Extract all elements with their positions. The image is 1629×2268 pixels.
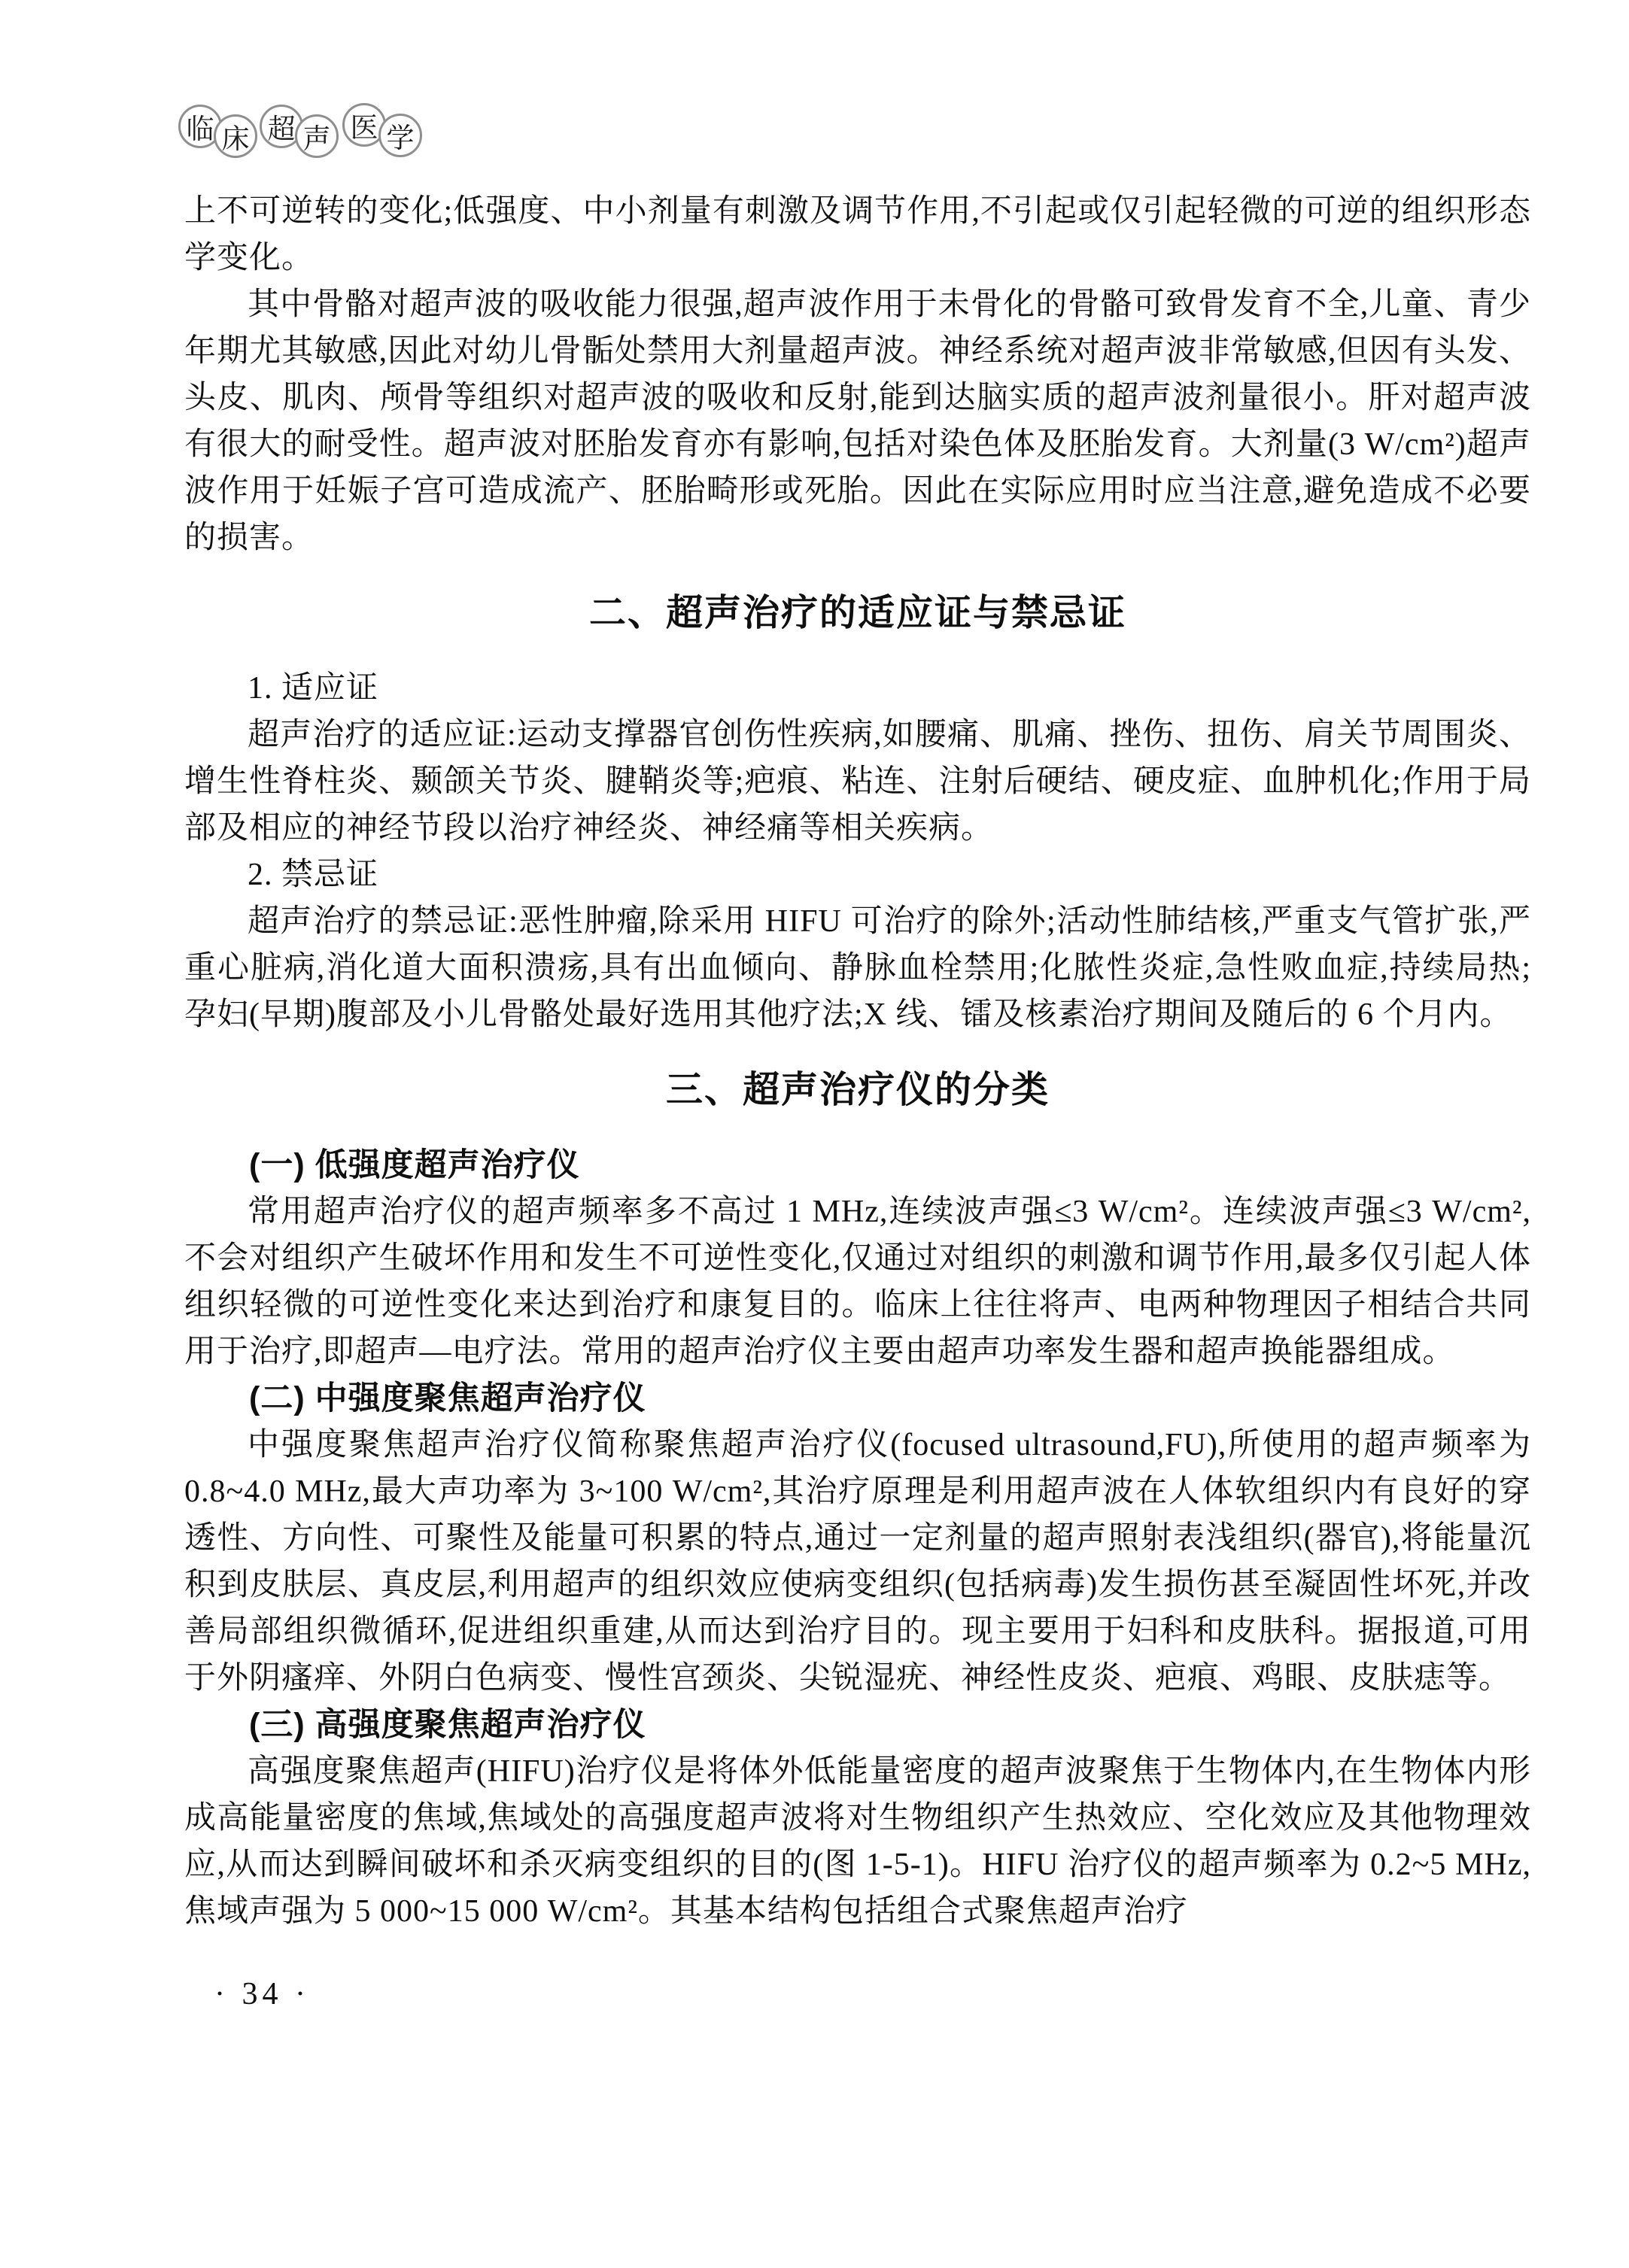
logo-char: 声 <box>303 116 331 156</box>
subheading-medium-intensity-focused-device: (二) 中强度聚焦超声治疗仪 <box>184 1375 1531 1422</box>
paragraph: 常用超声治疗仪的超声频率多不高过 1 MHz,连续波声强≤3 W/cm²。连续波… <box>184 1189 1531 1375</box>
logo-char: 超 <box>268 106 296 147</box>
logo-char-circle: 床 <box>214 114 257 158</box>
subheading-contraindications: 2. 禁忌证 <box>184 852 1531 898</box>
paragraph-continued: 上不可逆转的变化;低强度、中小剂量有刺激及调节作用,不引起或仅引起轻微的可逆的组… <box>184 188 1531 281</box>
logo-char-circle: 学 <box>378 114 422 157</box>
paragraph: 超声治疗的适应证:运动支撑器官创伤性疾病,如腰痛、肌痛、挫伤、扭伤、肩关节周围炎… <box>184 712 1531 852</box>
page-number: · 34 · <box>214 1976 1531 2012</box>
paragraph: 超声治疗的禁忌证:恶性肿瘤,除采用 HIFU 可治疗的除外;活动性肺结核,严重支… <box>184 898 1531 1038</box>
paragraph: 高强度聚焦超声(HIFU)治疗仪是将体外低能量密度的超声波聚焦于生物体内,在生物… <box>184 1748 1531 1935</box>
logo-char-circle: 声 <box>295 114 339 158</box>
section-heading-device-classification: 三、超声治疗仪的分类 <box>184 1067 1531 1113</box>
logo-char: 学 <box>387 115 415 156</box>
logo-char: 医 <box>351 105 378 145</box>
subheading-low-intensity-device: (一) 低强度超声治疗仪 <box>184 1142 1531 1189</box>
book-page: 临 床 超 声 医 学 上不可逆转的变化;低强度、中小剂量有刺激及调节作用,不引… <box>0 0 1629 2268</box>
subheading-high-intensity-focused-device: (三) 高强度聚焦超声治疗仪 <box>184 1702 1531 1748</box>
subheading-indications: 1. 适应证 <box>184 665 1531 712</box>
paragraph: 中强度聚焦超声治疗仪简称聚焦超声治疗仪(focused ultrasound,F… <box>184 1422 1531 1702</box>
logo-char: 床 <box>222 116 250 156</box>
paragraph: 其中骨骼对超声波的吸收能力很强,超声波作用于未骨化的骨骼可致骨发育不全,儿童、青… <box>184 281 1531 561</box>
section-heading-indications-contraindications: 二、超声治疗的适应证与禁忌证 <box>184 590 1531 636</box>
logo-char: 临 <box>187 106 214 147</box>
main-text-column: 上不可逆转的变化;低强度、中小剂量有刺激及调节作用,不引起或仅引起轻微的可逆的组… <box>184 188 1531 2012</box>
